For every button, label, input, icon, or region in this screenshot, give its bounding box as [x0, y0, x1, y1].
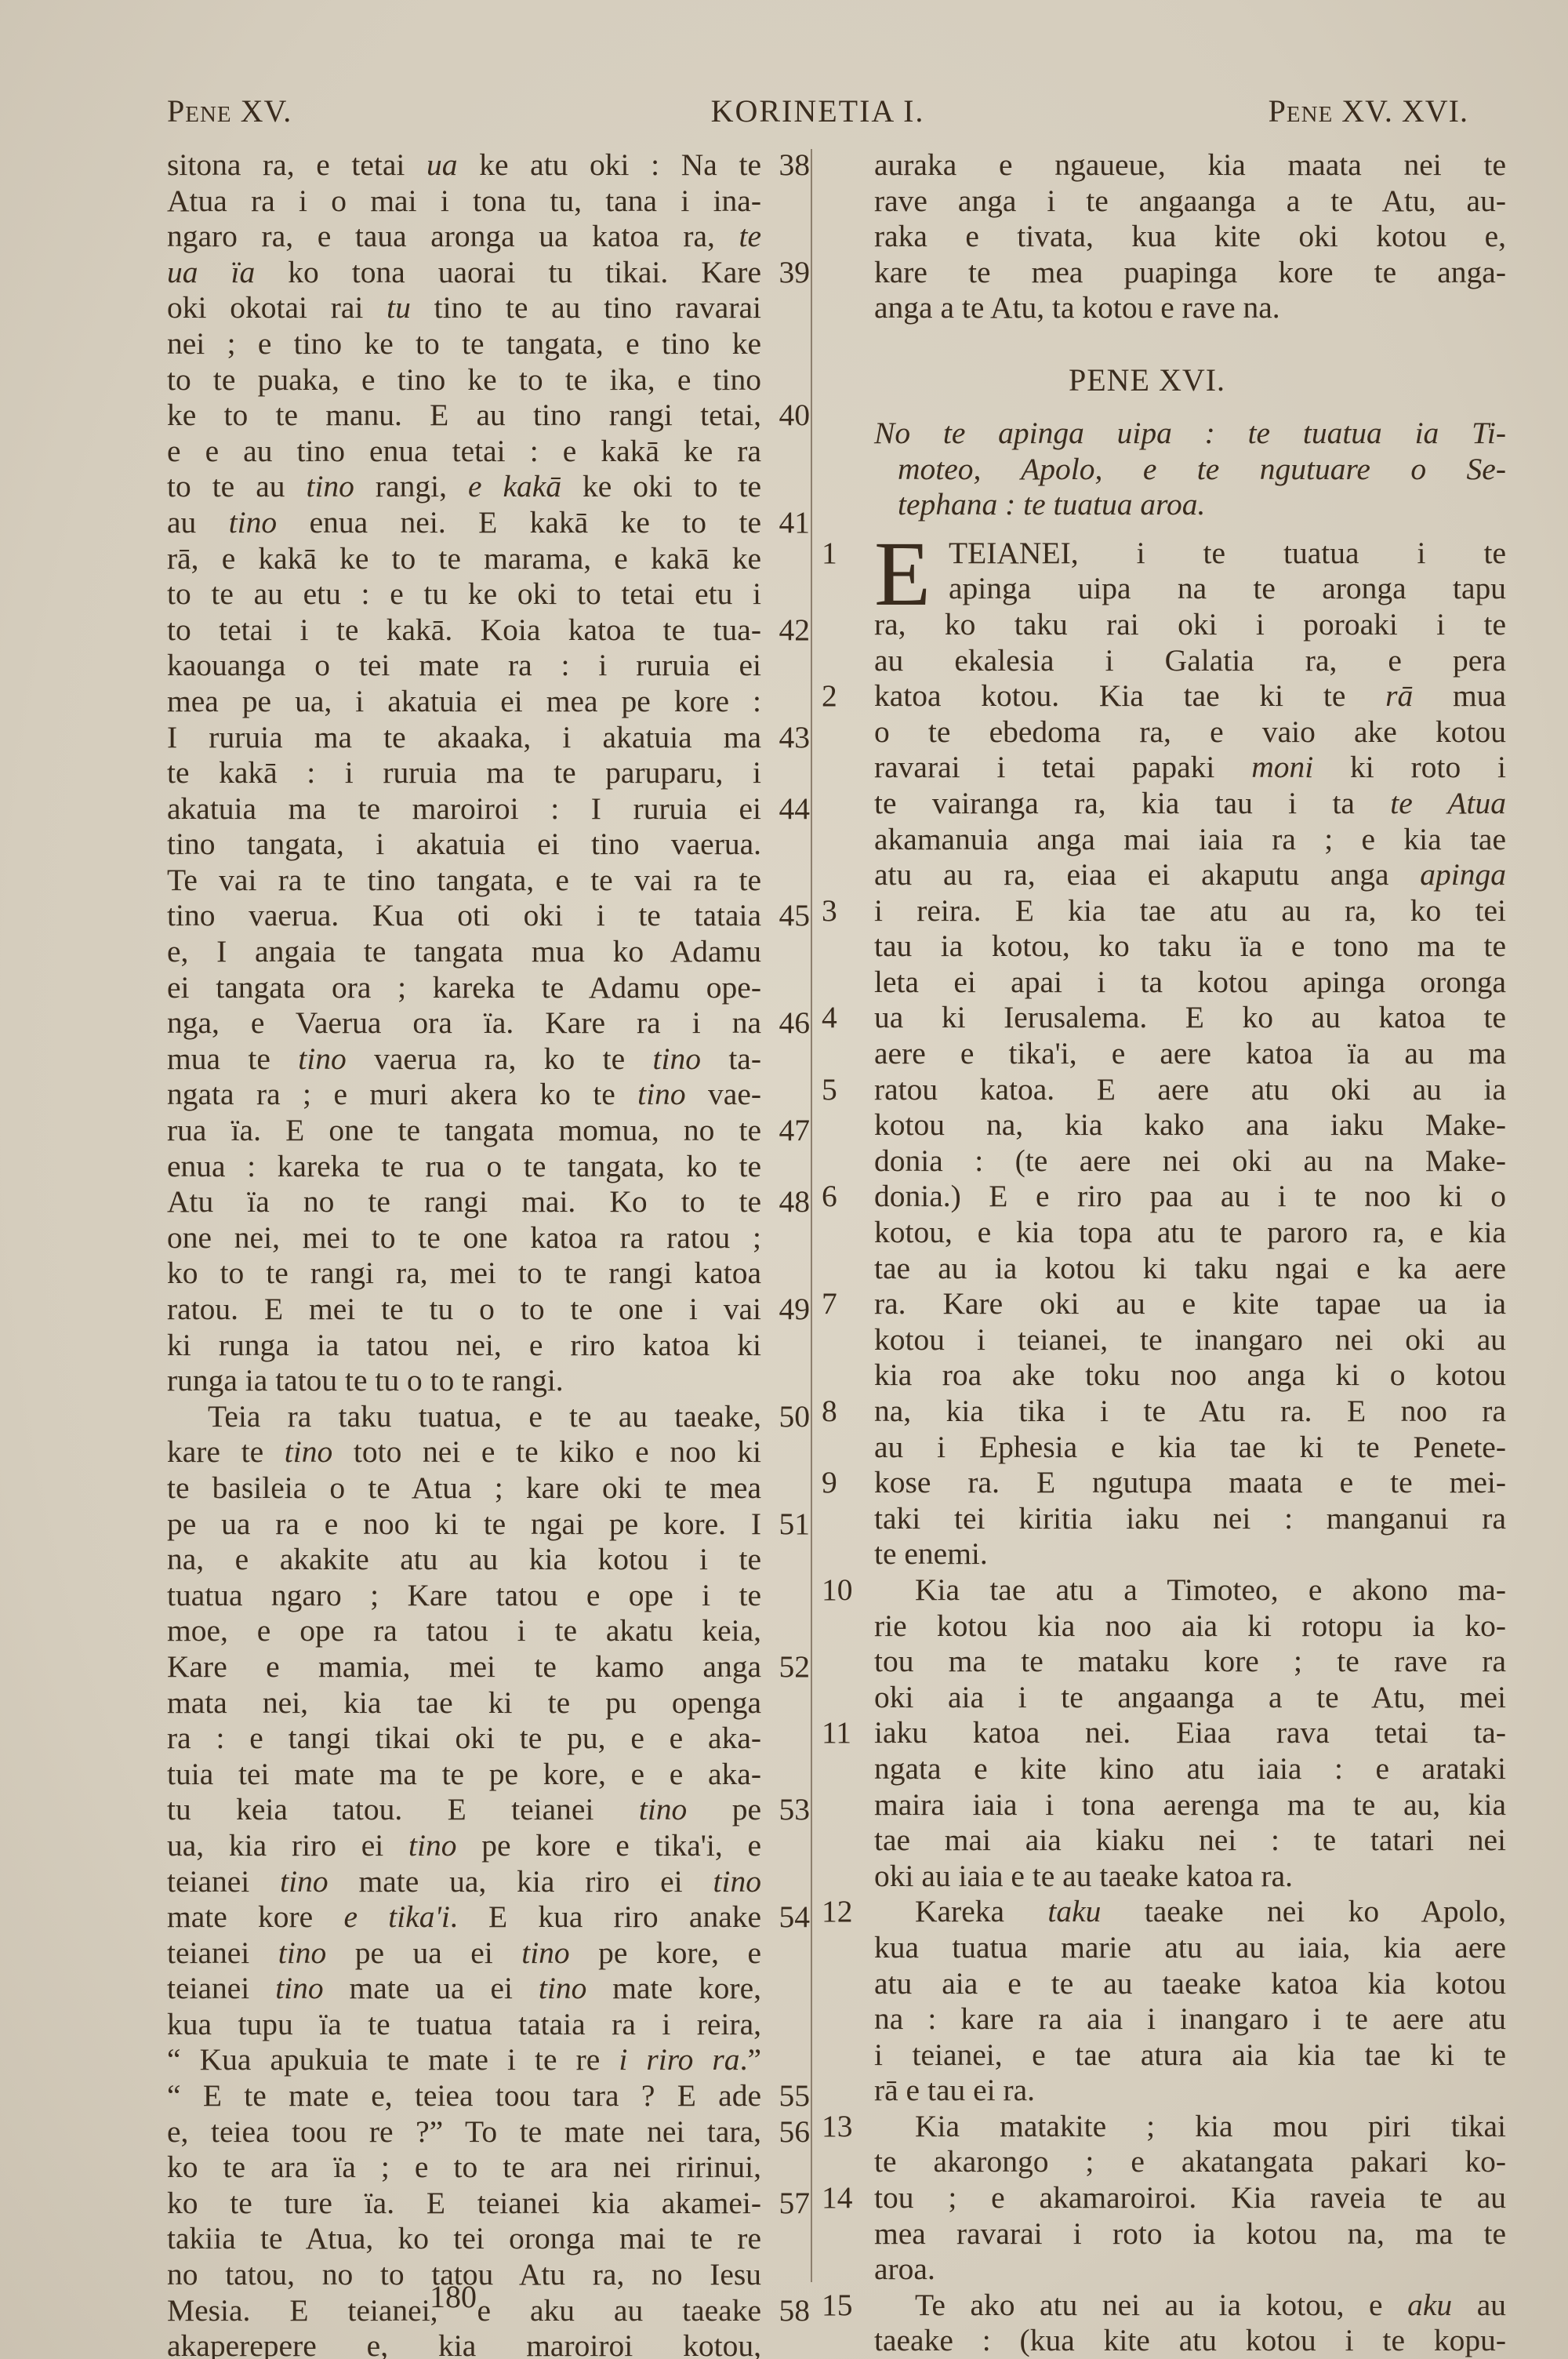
line-text: sitona ra, e tetai ua ke atu oki : Na te — [167, 147, 761, 184]
text-line: tou ma te mataku kore ; te rave ra — [822, 1644, 1472, 1680]
line-text: ke to te manu. E au tino rangi tetai, — [167, 398, 761, 434]
line-text: o te ebedoma ra, e vaio ake kotou — [874, 714, 1506, 751]
line-text: kua tuatua marie atu au iaia, kia aere — [874, 1930, 1506, 1966]
line-text: Te ako atu nei au ia kotou, e aku au — [874, 2288, 1506, 2324]
text-line: leta ei apai i ta kotou apinga oronga — [822, 965, 1472, 1001]
text-line: 6donia.) E e riro paa au i te noo ki o — [822, 1179, 1472, 1215]
text-line: o te ebedoma ra, e vaio ake kotou — [822, 714, 1472, 751]
chapter-title: PENE XVI. — [822, 345, 1472, 416]
verse-number: 57 — [764, 2186, 810, 2222]
line-text: I ruruia ma te akaaka, i akatuia ma — [167, 720, 761, 756]
text-line: anga a te Atu, ta kotou e rave na. — [822, 290, 1472, 326]
line-text: Kareka taku taeake nei ko Apolo, — [874, 1894, 1506, 1930]
line-text: rā e tau ei ra. — [874, 2073, 1506, 2109]
line-text: taeake : (kua kite atu kotou i te kopu- — [874, 2323, 1506, 2359]
line-text: ra, ko taku rai oki i poroaki i te — [874, 607, 1506, 643]
line-text: tou ; e akamaroiroi. Kia raveia te au — [874, 2180, 1506, 2216]
verse-number: 47 — [764, 1113, 810, 1149]
verse-number: 43 — [764, 720, 810, 756]
text-line: 13Kia matakite ; kia mou piri tikai — [822, 2109, 1472, 2145]
line-text: donia.) E e riro paa au i te noo ki o — [874, 1179, 1506, 1215]
line-text: oki aia i te angaanga a te Atu, mei — [874, 1680, 1506, 1716]
text-line: No te apinga uipa : te tuatua ia Ti- — [822, 416, 1472, 452]
line-text: anga a te Atu, ta kotou e rave na. — [874, 290, 1506, 326]
text-line: i teianei, e tae atura aia kia tae ki te — [822, 2037, 1472, 2074]
text-line: kotou i teianei, te inangaro nei oki au — [822, 1322, 1472, 1358]
text-line: no tatou, no to tatou Atu ra, no Iesu — [167, 2257, 818, 2293]
line-text: pe ua ra e noo ki te ngai pe kore. I — [167, 1507, 761, 1543]
verse-number: 11 — [822, 1715, 862, 1751]
line-text: e e au tino enua tetai : e kakā ke ra — [167, 434, 761, 470]
text-line: 8na, kia tika i te Atu ra. E noo ra — [822, 1394, 1472, 1430]
text-line: ravarai i tetai papaki moni ki roto i — [822, 750, 1472, 786]
text-line: auraka e ngaueue, kia maata nei te — [822, 147, 1472, 184]
text-line: ngata e kite kino atu iaia : e arataki — [822, 1751, 1472, 1787]
line-text: au ekalesia i Galatia ra, e pera — [874, 643, 1506, 679]
line-text: ra. Kare oki au e kite tapae ua ia — [874, 1286, 1506, 1322]
text-line: te enemi. — [822, 1536, 1472, 1572]
verse-number: 49 — [764, 1292, 810, 1328]
text-line: e, I angaia te tangata mua ko Adamu — [167, 934, 818, 970]
line-text: Kia matakite ; kia mou piri tikai — [874, 2109, 1506, 2145]
text-line: tae au ia kotou ki taku ngai e ka aere — [822, 1251, 1472, 1287]
running-head-right: PENE XV. XVI. — [1269, 93, 1468, 129]
line-text: akaperepere e, kia maroiroi kotou, — [167, 2328, 761, 2359]
text-line: te basileia o te Atua ; kare oki te mea — [167, 1470, 818, 1507]
text-line: ra, ko taku rai oki i poroaki i te — [822, 607, 1472, 643]
text-line: enua : kareka te rua o te tangata, ko te — [167, 1149, 818, 1185]
text-line: 3i reira. E kia tae atu au ra, ko tei — [822, 893, 1472, 929]
text-line: teianei tino pe ua ei tino pe kore, e — [167, 1936, 818, 1972]
text-line: 11iaku katoa nei. Eiaa rava tetai ta- — [822, 1715, 1472, 1751]
verse-number: 14 — [822, 2180, 862, 2216]
text-line: to tetai i te kakā. Koia katoa te tua-42 — [167, 612, 818, 649]
verse-number: 40 — [764, 398, 810, 434]
line-text: tou ma te mataku kore ; te rave ra — [874, 1644, 1506, 1680]
line-text: ko te ture ïa. E teianei kia akamei- — [167, 2186, 761, 2222]
line-text: tino vaerua. Kua oti oki i te tataia — [167, 898, 761, 934]
line-text: enua : kareka te rua o te tangata, ko te — [167, 1149, 761, 1185]
line-text: ki runga ia tatou nei, e riro katoa ki — [167, 1328, 761, 1364]
line-text: ratou. E mei te tu o to te one i vai — [167, 1292, 761, 1328]
line-text: au tino enua nei. E kakā ke to te — [167, 505, 761, 541]
text-line: na : kare ra aia i inangaro i te aere at… — [822, 2001, 1472, 2037]
line-text: ko te ara ïa ; e to te ara nei ririnui, — [167, 2150, 761, 2186]
line-text: na, kia tika i te Atu ra. E noo ra — [874, 1394, 1506, 1430]
text-line: tephana : te tuatua aroa. — [822, 487, 1472, 523]
text-line: kotou, e kia topa atu te paroro ra, e ki… — [822, 1215, 1472, 1251]
line-text: akamanuia anga mai iaia ra ; e kia tae — [874, 822, 1506, 858]
verse-number: 3 — [822, 893, 862, 929]
line-text: “ E te mate e, teiea toou tara ? E ade — [167, 2078, 761, 2114]
line-text: ngata ra ; e muri akera ko te tino vae- — [167, 1077, 761, 1113]
text-line: moe, e ope ra tatou i te akatu keia, — [167, 1613, 818, 1649]
line-text: moteo, Apolo, e te ngutuare o Se- — [898, 452, 1506, 488]
text-line: tino tangata, i akatuia ei tino vaerua. — [167, 827, 818, 863]
line-text: atu aia e te au taeake katoa kia kotou — [874, 1966, 1506, 2002]
line-text: maira iaia i tona aerenga ma te au, kia — [874, 1787, 1506, 1823]
text-line: nei ; e tino ke to te tangata, e tino ke — [167, 326, 818, 362]
left-column: sitona ra, e tetai ua ke atu oki : Na te… — [167, 147, 818, 2359]
text-line: teianei tino mate ua ei tino mate kore, — [167, 1971, 818, 2007]
text-line: rā e tau ei ra. — [822, 2073, 1472, 2109]
line-text: raka e tivata, kua kite oki kotou e, — [874, 219, 1506, 255]
line-text: Atu ïa no te rangi mai. Ko to te — [167, 1184, 761, 1220]
line-text: apinga uipa na te aronga tapu — [949, 571, 1506, 607]
chapter-16-body: E 1TEIANEI, i te tuatua i teapinga uipa … — [822, 536, 1472, 2359]
line-text: te basileia o te Atua ; kare oki te mea — [167, 1470, 761, 1507]
text-line: ki runga ia tatou nei, e riro katoa ki — [167, 1328, 818, 1364]
line-text: katoa kotou. Kia tae ki te rā mua — [874, 678, 1506, 714]
verse-number: 50 — [764, 1399, 810, 1435]
line-text: rā, e kakā ke to te marama, e kakā ke — [167, 541, 761, 577]
text-line: te akarongo ; e akatangata pakari ko- — [822, 2144, 1472, 2180]
verse-number: 54 — [764, 1899, 810, 1936]
text-line: tino vaerua. Kua oti oki i te tataia45 — [167, 898, 818, 934]
text-line: Te vai ra te tino tangata, e te vai ra t… — [167, 863, 818, 899]
line-text: kare te tino toto nei e te kiko e noo ki — [167, 1434, 761, 1470]
text-line: atu au ra, eiaa ei akaputu anga apinga — [822, 857, 1472, 893]
line-text: teianei tino pe ua ei tino pe kore, e — [167, 1936, 761, 1972]
verse-number: 8 — [822, 1394, 862, 1430]
running-head: PENE XV. KORINETIA I. PENE XV. XVI. — [167, 93, 1468, 132]
line-text: ei tangata ora ; kareka te Adamu ope- — [167, 970, 761, 1006]
verse-number: 1 — [822, 536, 862, 572]
line-text: teianei tino mate ua, kia riro ei tino — [167, 1864, 761, 1900]
verse-number: 13 — [822, 2109, 862, 2145]
line-text: te vairanga ra, kia tau i ta te Atua — [874, 786, 1506, 822]
text-line: 7ra. Kare oki au e kite tapae ua ia — [822, 1286, 1472, 1322]
line-text: mua te tino vaerua ra, ko te tino ta- — [167, 1041, 761, 1078]
text-line: ko te ara ïa ; e to te ara nei ririnui, — [167, 2150, 818, 2186]
text-line: 12Kareka taku taeake nei ko Apolo, — [822, 1894, 1472, 1930]
text-line: tau ia kotou, ko taku ïa e tono ma te — [822, 929, 1472, 965]
text-line: akamanuia anga mai iaia ra ; e kia tae — [822, 822, 1472, 858]
text-line: to te puaka, e tino ke to te ika, e tino — [167, 362, 818, 398]
line-text: to te puaka, e tino ke to te ika, e tino — [167, 362, 761, 398]
line-text: rie kotou kia noo aia ki rotopu ia ko- — [874, 1608, 1506, 1645]
text-line: kaouanga o tei mate ra : i ruruia ei — [167, 648, 818, 684]
text-line: e, teiea toou re ?” To te mate nei tara,… — [167, 2114, 818, 2150]
verse-number: 56 — [764, 2114, 810, 2150]
verse-number: 10 — [822, 1572, 862, 1608]
line-text: donia : (te aere nei oki au na Make- — [874, 1143, 1506, 1179]
line-text: Kare e mamia, mei te kamo anga — [167, 1649, 761, 1685]
line-text: te kakā : i ruruia ma te paruparu, i — [167, 755, 761, 791]
text-line: to te au tino rangi, e kakā ke oki to te — [167, 469, 818, 505]
verse-number: 44 — [764, 791, 810, 827]
text-line: akaperepere e, kia maroiroi kotou, — [167, 2328, 818, 2359]
line-text: ua, kia riro ei tino pe kore e tika'i, e — [167, 1828, 761, 1864]
line-text: te akarongo ; e akatangata pakari ko- — [874, 2144, 1506, 2180]
line-text: e, I angaia te tangata mua ko Adamu — [167, 934, 761, 970]
text-line: ngata ra ; e muri akera ko te tino vae- — [167, 1077, 818, 1113]
text-line: mea ravarai i roto ia kotou na, ma te — [822, 2216, 1472, 2252]
line-text: na : kare ra aia i inangaro i te aere at… — [874, 2001, 1506, 2037]
verse-number: 5 — [822, 1072, 862, 1108]
line-text: mea pe ua, i akatuia ei mea pe kore : — [167, 684, 761, 720]
chapter-summary: No te apinga uipa : te tuatua ia Ti-mote… — [822, 416, 1472, 523]
line-text: ngata e kite kino atu iaia : e arataki — [874, 1751, 1506, 1787]
text-line: rave anga i te angaanga a te Atu, au- — [822, 184, 1472, 220]
line-text: runga ia tatou te tu o to te rangi. — [167, 1363, 761, 1399]
text-line: 10Kia tae atu a Timoteo, e akono ma- — [822, 1572, 1472, 1608]
line-text: oki au iaia e te au taeake katoa ra. — [874, 1859, 1506, 1895]
line-text: ua ki Ierusalema. E ko au katoa te — [874, 1000, 1506, 1036]
line-text: to te au tino rangi, e kakā ke oki to te — [167, 469, 761, 505]
verse-number: 4 — [822, 1000, 862, 1036]
line-text: ratou katoa. E aere atu oki au ia — [874, 1072, 1506, 1108]
text-line: Kare e mamia, mei te kamo anga52 — [167, 1649, 818, 1685]
text-line: ua, kia riro ei tino pe kore e tika'i, e — [167, 1828, 818, 1864]
verse-number: 12 — [822, 1894, 862, 1930]
verse-number: 2 — [822, 678, 862, 714]
text-line: au ekalesia i Galatia ra, e pera — [822, 643, 1472, 679]
line-text: kia roa ake toku noo anga ki o kotou — [874, 1358, 1506, 1394]
line-text: tu keia tatou. E teianei tino pe — [167, 1792, 761, 1828]
verse-number: 58 — [764, 2293, 810, 2329]
text-line: au i Ephesia e kia tae ki te Penete- — [822, 1430, 1472, 1466]
verse-number: 53 — [764, 1792, 810, 1828]
line-text: Teia ra taku tuatua, e te au taeake, — [167, 1399, 761, 1435]
text-line: taki tei kiritia iaku nei : manganui ra — [822, 1501, 1472, 1537]
text-line: maira iaia i tona aerenga ma te au, kia — [822, 1787, 1472, 1823]
line-text: i reira. E kia tae atu au ra, ko tei — [874, 893, 1506, 929]
text-line: au tino enua nei. E kakā ke to te41 — [167, 505, 818, 541]
text-line: ra : e tangi tikai oki te pu, e e aka- — [167, 1721, 818, 1757]
text-line: e e au tino enua tetai : e kakā ke ra — [167, 434, 818, 470]
verse-number: 6 — [822, 1179, 862, 1215]
verse-number: 52 — [764, 1649, 810, 1685]
text-line: pe ua ra e noo ki te ngai pe kore. I51 — [167, 1507, 818, 1543]
line-text: to te au etu : e tu ke oki to tetai etu … — [167, 576, 761, 612]
line-text: nga, e Vaerua ora ïa. Kare ra i na — [167, 1005, 761, 1041]
page-number: 180 — [430, 2278, 477, 2315]
line-text: tae mai aia kiaku nei : te tatari nei — [874, 1823, 1506, 1859]
text-line: 14tou ; e akamaroiroi. Kia raveia te au — [822, 2180, 1472, 2216]
line-text: mata nei, kia tae ki te pu openga — [167, 1685, 761, 1721]
text-line: ke to te manu. E au tino rangi tetai,40 — [167, 398, 818, 434]
text-line: kare te mea puapinga kore te anga- — [822, 255, 1472, 291]
line-text: kua tupu ïa te tuatua tataia ra i reira, — [167, 2007, 761, 2043]
column-divider — [811, 149, 812, 2282]
line-text: ra : e tangi tikai oki te pu, e e aka- — [167, 1721, 761, 1757]
text-line: taeake : (kua kite atu kotou i te kopu- — [822, 2323, 1472, 2359]
line-text: au i Ephesia e kia tae ki te Penete- — [874, 1430, 1506, 1466]
text-line: oki okotai rai tu tino te au tino ravara… — [167, 290, 818, 326]
text-line: oki au iaia e te au taeake katoa ra. — [822, 1859, 1472, 1895]
line-text: iaku katoa nei. Eiaa rava tetai ta- — [874, 1715, 1506, 1751]
text-line: Atua ra i o mai i tona tu, tana i ina- — [167, 184, 818, 220]
line-text: rua ïa. E one te tangata momua, no te — [167, 1113, 761, 1149]
text-line: “ E te mate e, teiea toou tara ? E ade55 — [167, 2078, 818, 2114]
text-line: sitona ra, e tetai ua ke atu oki : Na te… — [167, 147, 818, 184]
text-line: ua ïa ko tona uaorai tu tikai. Kare39 — [167, 255, 818, 291]
verse-number: 41 — [764, 505, 810, 541]
line-text: atu au ra, eiaa ei akaputu anga apinga — [874, 857, 1506, 893]
verse-number: 46 — [764, 1005, 810, 1041]
verse-number: 7 — [822, 1286, 862, 1322]
text-line: to te au etu : e tu ke oki to tetai etu … — [167, 576, 818, 612]
line-text: teianei tino mate ua ei tino mate kore, — [167, 1971, 761, 2007]
text-line: Mesia. E teianei, e aku au taeake58 — [167, 2293, 818, 2329]
text-line: raka e tivata, kua kite oki kotou e, — [822, 219, 1472, 255]
right-column: auraka e ngaueue, kia maata nei terave a… — [822, 147, 1472, 2359]
line-text: aroa. — [874, 2252, 1506, 2288]
text-line: tuatua ngaro ; Kare tatou e ope i te — [167, 1578, 818, 1614]
line-text: kotou na, kia kako ana iaku Make- — [874, 1107, 1506, 1143]
line-text: tino tangata, i akatuia ei tino vaerua. — [167, 827, 761, 863]
text-line: “ Kua apukuia te mate i te re i riro ra.… — [167, 2042, 818, 2078]
text-line: rua ïa. E one te tangata momua, no te47 — [167, 1113, 818, 1149]
text-line: ratou. E mei te tu o to te one i vai49 — [167, 1292, 818, 1328]
line-text: Te vai ra te tino tangata, e te vai ra t… — [167, 863, 761, 899]
text-line: mua te tino vaerua ra, ko te tino ta- — [167, 1041, 818, 1078]
line-text: kotou, e kia topa atu te paroro ra, e ki… — [874, 1215, 1506, 1251]
line-text: mate kore e tika'i. E kua riro anake — [167, 1899, 761, 1936]
line-text: i teianei, e tae atura aia kia tae ki te — [874, 2037, 1506, 2074]
text-line: 2katoa kotou. Kia tae ki te rā mua — [822, 678, 1472, 714]
line-text: tau ia kotou, ko taku ïa e tono ma te — [874, 929, 1506, 965]
text-line: oki aia i te angaanga a te Atu, mei — [822, 1680, 1472, 1716]
line-text: e, teiea toou re ?” To te mate nei tara, — [167, 2114, 761, 2150]
line-text: auraka e ngaueue, kia maata nei te — [874, 147, 1506, 184]
text-line: kia roa ake toku noo anga ki o kotou — [822, 1358, 1472, 1394]
text-line: tuia tei mate ma te pe kore, e e aka- — [167, 1757, 818, 1793]
text-line: mea pe ua, i akatuia ei mea pe kore : — [167, 684, 818, 720]
line-text: na, e akakite atu au kia kotou i te — [167, 1542, 761, 1578]
line-text: akatuia ma te maroiroi : I ruruia ei — [167, 791, 761, 827]
text-line: 1TEIANEI, i te tuatua i te — [822, 536, 1472, 572]
line-text: takiia te Atua, ko tei oronga mai te re — [167, 2221, 761, 2257]
verse-number: 55 — [764, 2078, 810, 2114]
chapter-15-continuation: auraka e ngaueue, kia maata nei terave a… — [822, 147, 1472, 326]
text-line: akatuia ma te maroiroi : I ruruia ei44 — [167, 791, 818, 827]
text-line: tae mai aia kiaku nei : te tatari nei — [822, 1823, 1472, 1859]
text-line: one nei, mei to te one katoa ra ratou ; — [167, 1220, 818, 1256]
line-text: to tetai i te kakā. Koia katoa te tua- — [167, 612, 761, 649]
text-line: aroa. — [822, 2252, 1472, 2288]
text-line: 15Te ako atu nei au ia kotou, e aku au — [822, 2288, 1472, 2324]
text-line: Teia ra taku tuatua, e te au taeake,50 — [167, 1399, 818, 1435]
text-line: ko to te rangi ra, mei to te rangi katoa — [167, 1256, 818, 1292]
line-text: No te apinga uipa : te tuatua ia Ti- — [874, 416, 1506, 452]
text-line: teianei tino mate ua, kia riro ei tino — [167, 1864, 818, 1900]
verse-number: 39 — [764, 255, 810, 291]
line-text: taki tei kiritia iaku nei : manganui ra — [874, 1501, 1506, 1537]
text-line: rie kotou kia noo aia ki rotopu ia ko- — [822, 1608, 1472, 1645]
text-line: runga ia tatou te tu o to te rangi. — [167, 1363, 818, 1399]
line-text: mea ravarai i roto ia kotou na, ma te — [874, 2216, 1506, 2252]
text-line: 5ratou katoa. E aere atu oki au ia — [822, 1072, 1472, 1108]
verse-number: 51 — [764, 1507, 810, 1543]
line-text: Atua ra i o mai i tona tu, tana i ina- — [167, 184, 761, 220]
line-text: kaouanga o tei mate ra : i ruruia ei — [167, 648, 761, 684]
line-text: aere e tika'i, e aere katoa ïa au ma — [874, 1036, 1506, 1072]
text-line: Atu ïa no te rangi mai. Ko to te48 — [167, 1184, 818, 1220]
text-line: te vairanga ra, kia tau i ta te Atua — [822, 786, 1472, 822]
line-text: tuatua ngaro ; Kare tatou e ope i te — [167, 1578, 761, 1614]
line-text: ngaro ra, e taua aronga ua katoa ra, te — [167, 219, 761, 255]
verse-number: 42 — [764, 612, 810, 649]
text-line: 4ua ki Ierusalema. E ko au katoa te — [822, 1000, 1472, 1036]
text-line: kare te tino toto nei e te kiko e noo ki — [167, 1434, 818, 1470]
line-text: one nei, mei to te one katoa ra ratou ; — [167, 1220, 761, 1256]
text-line: 9kose ra. E ngutupa maata e te mei- — [822, 1465, 1472, 1501]
text-line: ngaro ra, e taua aronga ua katoa ra, te — [167, 219, 818, 255]
text-line: mata nei, kia tae ki te pu openga — [167, 1685, 818, 1721]
text-line: apinga uipa na te aronga tapu — [822, 571, 1472, 607]
text-line: rā, e kakā ke to te marama, e kakā ke — [167, 541, 818, 577]
line-text: nei ; e tino ke to te tangata, e tino ke — [167, 326, 761, 362]
verse-number: 9 — [822, 1465, 862, 1501]
text-line: takiia te Atua, ko tei oronga mai te re — [167, 2221, 818, 2257]
verse-number: 38 — [764, 147, 810, 184]
text-line: moteo, Apolo, e te ngutuare o Se- — [822, 452, 1472, 488]
text-line: ko te ture ïa. E teianei kia akamei-57 — [167, 2186, 818, 2222]
text-line: kua tuatua marie atu au iaia, kia aere — [822, 1930, 1472, 1966]
text-line: na, e akakite atu au kia kotou i te — [167, 1542, 818, 1578]
line-text: “ Kua apukuia te mate i te re i riro ra.… — [167, 2042, 761, 2078]
line-text: Kia tae atu a Timoteo, e akono ma- — [874, 1572, 1506, 1608]
text-line: aere e tika'i, e aere katoa ïa au ma — [822, 1036, 1472, 1072]
verse-number: 15 — [822, 2288, 862, 2324]
line-text: rave anga i te angaanga a te Atu, au- — [874, 184, 1506, 220]
line-text: kose ra. E ngutupa maata e te mei- — [874, 1465, 1506, 1501]
verse-number: 48 — [764, 1184, 810, 1220]
verse-number: 45 — [764, 898, 810, 934]
line-text: moe, e ope ra tatou i te akatu keia, — [167, 1613, 761, 1649]
text-line: kua tupu ïa te tuatua tataia ra i reira, — [167, 2007, 818, 2043]
line-text: oki okotai rai tu tino te au tino ravara… — [167, 290, 761, 326]
line-text: kotou i teianei, te inangaro nei oki au — [874, 1322, 1506, 1358]
line-text: tae au ia kotou ki taku ngai e ka aere — [874, 1251, 1506, 1287]
line-text: ua ïa ko tona uaorai tu tikai. Kare — [167, 255, 761, 291]
line-text: leta ei apai i ta kotou apinga oronga — [874, 965, 1506, 1001]
line-text: kare te mea puapinga kore te anga- — [874, 255, 1506, 291]
line-text: te enemi. — [874, 1536, 1506, 1572]
text-line: donia : (te aere nei oki au na Make- — [822, 1143, 1472, 1179]
text-line: ei tangata ora ; kareka te Adamu ope- — [167, 970, 818, 1006]
text-line: nga, e Vaerua ora ïa. Kare ra i na46 — [167, 1005, 818, 1041]
text-line: mate kore e tika'i. E kua riro anake54 — [167, 1899, 818, 1936]
line-text: ravarai i tetai papaki moni ki roto i — [874, 750, 1506, 786]
text-line: tu keia tatou. E teianei tino pe53 — [167, 1792, 818, 1828]
line-text: tuia tei mate ma te pe kore, e e aka- — [167, 1757, 761, 1793]
text-line: te kakā : i ruruia ma te paruparu, i — [167, 755, 818, 791]
text-line: I ruruia ma te akaaka, i akatuia ma43 — [167, 720, 818, 756]
line-text: TEIANEI, i te tuatua i te — [949, 536, 1506, 572]
line-text: tephana : te tuatua aroa. — [898, 487, 1506, 523]
text-line: kotou na, kia kako ana iaku Make- — [822, 1107, 1472, 1143]
line-text: ko to te rangi ra, mei to te rangi katoa — [167, 1256, 761, 1292]
text-line: atu aia e te au taeake katoa kia kotou — [822, 1966, 1472, 2002]
